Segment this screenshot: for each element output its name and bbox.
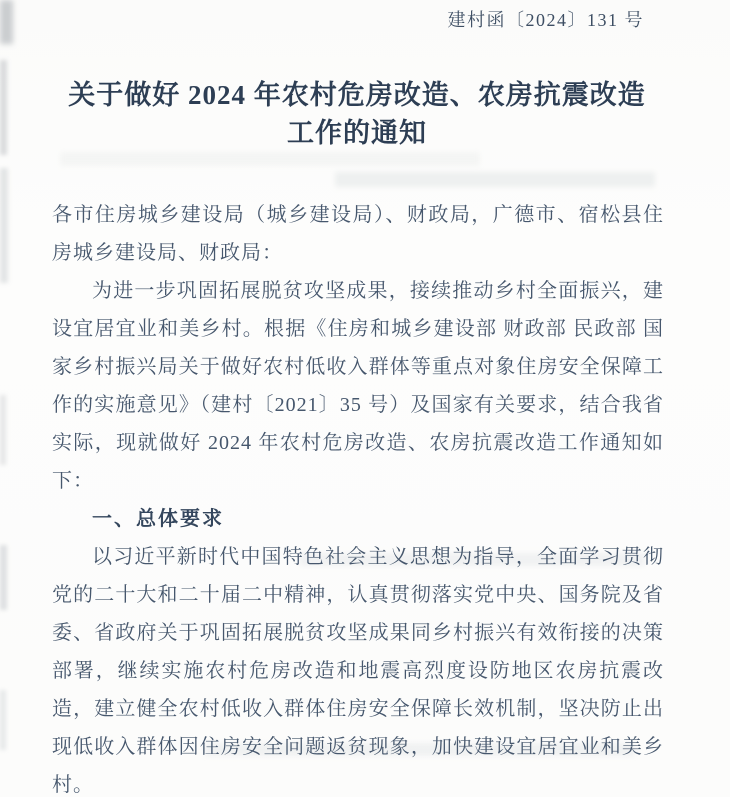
scan-artifact: [0, 60, 7, 155]
document-body: 各市住房城乡建设局（城乡建设局）、财政局，广德市、宿松县住房城乡建设局、财政局：…: [52, 196, 664, 797]
section-1-paragraph: 以习近平新时代中国特色社会主义思想为指导，全面学习贯彻党的二十大和二十届二中精神…: [52, 538, 664, 797]
document-title-line-1: 关于做好 2024 年农村危房改造、农房抗震改造: [42, 76, 672, 114]
scan-artifact: [0, 168, 8, 283]
scan-artifact: [60, 152, 480, 166]
recipients-salutation: 各市住房城乡建设局（城乡建设局）、财政局，广德市、宿松县住房城乡建设局、财政局：: [52, 196, 664, 272]
scan-artifact: [0, 545, 7, 610]
section-1-heading: 一、总体要求: [52, 500, 664, 538]
scan-artifact: [335, 172, 655, 187]
document-title: 关于做好 2024 年农村危房改造、农房抗震改造 工作的通知: [42, 76, 672, 152]
scan-artifact: [0, 0, 13, 44]
scan-artifact: [0, 395, 6, 465]
document-title-line-2: 工作的通知: [42, 114, 672, 152]
scan-artifact: [0, 690, 6, 750]
scanned-document-page: 建村函〔2024〕131 号 关于做好 2024 年农村危房改造、农房抗震改造 …: [0, 0, 730, 797]
intro-paragraph: 为进一步巩固拓展脱贫攻坚成果，接续推动乡村全面振兴，建设宜居宜业和美乡村。根据《…: [52, 272, 664, 500]
document-number: 建村函〔2024〕131 号: [448, 7, 645, 33]
